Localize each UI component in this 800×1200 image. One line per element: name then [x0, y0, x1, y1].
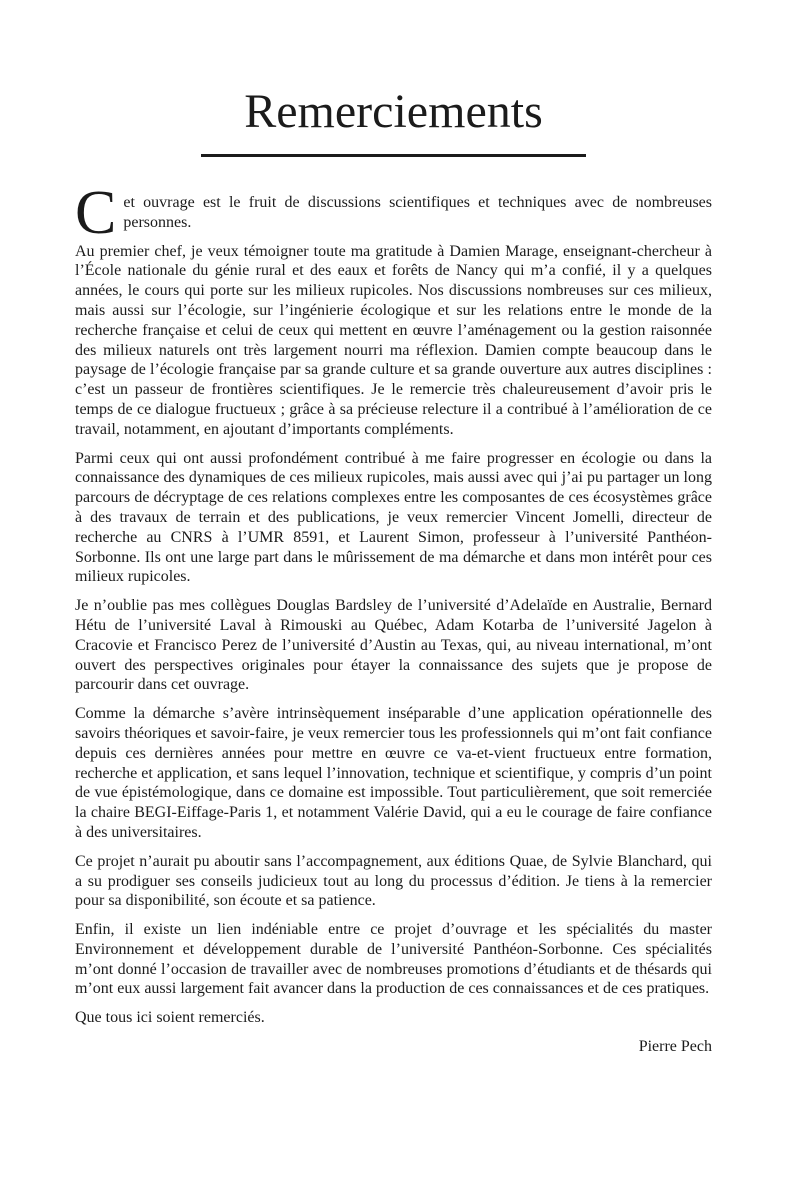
- paragraph-professionals-chaire: Comme la démarche s’avère intrinsèquemen…: [75, 704, 712, 843]
- paragraph-lead-text: et ouvrage est le fruit de discussions s…: [123, 194, 712, 231]
- paragraph-master-students: Enfin, il existe un lien indéniable entr…: [75, 920, 712, 999]
- acknowledgments-page: Remerciements Cet ouvrage est le fruit d…: [0, 0, 800, 1200]
- page-title: Remerciements: [75, 88, 712, 136]
- title-rule: [201, 154, 586, 157]
- paragraph-jomelli-simon: Parmi ceux qui ont aussi profondément co…: [75, 449, 712, 588]
- drop-cap: C: [75, 193, 123, 233]
- signature: Pierre Pech: [75, 1037, 712, 1057]
- paragraph-damien-marage: Au premier chef, je veux témoigner toute…: [75, 242, 712, 440]
- paragraph-lead: Cet ouvrage est le fruit de discussions …: [75, 193, 712, 233]
- paragraph-closing: Que tous ici soient remerciés.: [75, 1008, 712, 1028]
- paragraph-editions-quae: Ce projet n’aurait pu aboutir sans l’acc…: [75, 852, 712, 911]
- paragraph-international-colleagues: Je n’oublie pas mes collègues Douglas Ba…: [75, 596, 712, 695]
